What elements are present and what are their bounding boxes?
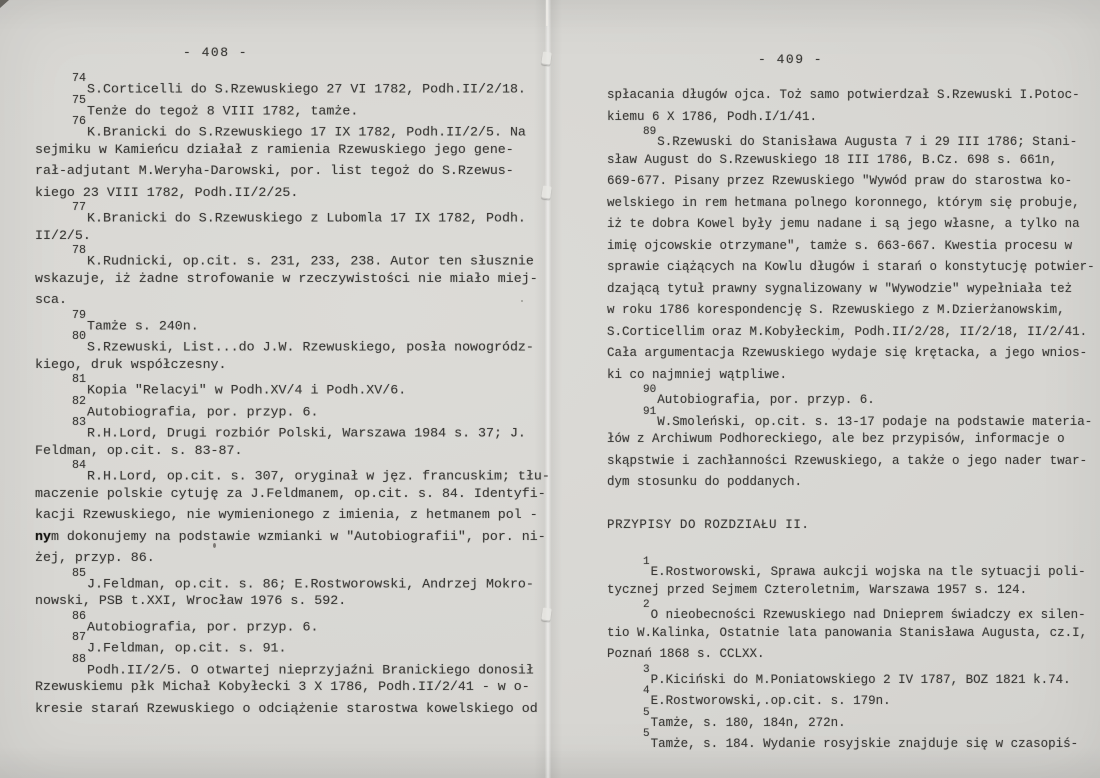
gutter-nick	[541, 607, 552, 621]
text-line: dzającą tytuł prawny sygnalizowany w "Wy…	[607, 279, 1097, 301]
blank-line	[607, 537, 1097, 559]
footnote-marker: 85	[72, 563, 86, 585]
footnote-marker: 74	[72, 68, 86, 90]
footnote-85: 85J.Feldman, op.cit. s. 86; E.Rostworows…	[35, 569, 540, 612]
text-line: welskiego in rem hetmana polnego koronne…	[607, 193, 1097, 215]
text-line: spłacania długów ojca. Toż samo potwierd…	[607, 85, 1097, 107]
text-line: 1E.Rostworowski, Sprawa aukcji wojska na…	[607, 558, 1097, 580]
text-line: 84R.H.Lord, op.cit. s. 307, oryginał w j…	[35, 461, 540, 483]
book-scan: { "colors": { "paper": "#d8d7d3", "ink":…	[0, 0, 1100, 778]
text-line: rał-adjutant M.Weryha-Darowski, por. lis…	[35, 160, 540, 182]
footnote-1: 1E.Rostworowski, Sprawa aukcji wojska na…	[607, 558, 1097, 601]
text-line: 5Tamże, s. 180, 184n, 272n.	[607, 709, 1097, 731]
text-line: łów z Archiwum Podhoreckiego, ale bez pr…	[607, 429, 1097, 451]
footnote-75: 75Tenże do tegoż 8 VIII 1782, tamże.	[35, 96, 540, 118]
footnote-marker: 5	[643, 724, 650, 746]
footnote-marker: 81	[72, 369, 86, 391]
footnote-marker: 84	[72, 455, 86, 477]
text-line: wskazuje, iż żadne strofowanie w rzeczyw…	[35, 268, 540, 290]
text-line: kresie starań Rzewuskiego o odciążenie s…	[35, 698, 540, 720]
text-line: 80S.Rzewuski, List...do J.W. Rzewuskiego…	[35, 332, 540, 354]
gutter-scratch-artifact	[546, 0, 548, 26]
text-line: skąpstwie i zachłanności Rzewuskiego, a …	[607, 451, 1097, 473]
footnote-86: 86Autobiografia, por. przyp. 6.	[35, 612, 540, 634]
text-line: dym stosunku do poddanych.	[607, 472, 1097, 494]
footnote-2: 2O nieobecności Rzewuskiego nad Dnieprem…	[607, 601, 1097, 666]
text-line: 90Autobiografia, por. przyp. 6.	[607, 386, 1097, 408]
gutter-nick	[541, 51, 552, 65]
footnote-88: 88Podh.II/2/5. O otwartej nieprzyjaźni B…	[35, 655, 540, 720]
text-line: 76K.Branicki do S.Rzewuskiego 17 IX 1782…	[35, 117, 540, 139]
text-line: 3P.Kiciński do M.Poniatowskiego 2 IV 178…	[607, 666, 1097, 688]
footnote-81: 81Kopia "Relacyi" w Podh.XV/4 i Podh.XV/…	[35, 375, 540, 397]
footnote-3: 3P.Kiciński do M.Poniatowskiego 2 IV 178…	[607, 666, 1097, 688]
page-number-right: - 409 -	[758, 52, 823, 67]
text-line: sław August do S.Rzewuskiego 18 III 1786…	[607, 150, 1097, 172]
page-number-left: - 408 -	[183, 45, 248, 60]
footnote-marker: 79	[72, 305, 86, 327]
text-line: Poznań 1868 s. CCLXX.	[607, 644, 1097, 666]
text-line: 82Autobiografia, por. przyp. 6.	[35, 397, 540, 419]
text-line: 81Kopia "Relacyi" w Podh.XV/4 i Podh.XV/…	[35, 375, 540, 397]
footnote-89: 89S.Rzewuski do Stanisława Augusta 7 i 2…	[607, 128, 1097, 386]
text-line: 74S.Corticelli do S.Rzewuskiego 27 VI 17…	[35, 74, 540, 96]
text-line: tycznej przed Sejmem Czteroletnim, Warsz…	[607, 580, 1097, 602]
footnote-marker: 80	[72, 326, 86, 348]
footnote-5: 5Tamże, s. 184. Wydanie rosyjskie znajdu…	[607, 730, 1097, 752]
footnote-78: 78K.Rudnicki, op.cit. s. 231, 233, 238. …	[35, 246, 540, 311]
footnote-continuation: spłacania długów ojca. Toż samo potwierd…	[607, 85, 1097, 128]
footnote-marker: 2	[643, 595, 650, 617]
footnote-83: 83R.H.Lord, Drugi rozbiór Polski, Warsza…	[35, 418, 540, 461]
text-line: maczenie polskie cytuję za J.Feldmanem, …	[35, 483, 540, 505]
text-line: kiego 23 VIII 1782, Podh.II/2/25.	[35, 182, 540, 204]
text-line: Rzewuskiemu płk Michał Kobyłecki 3 X 178…	[35, 676, 540, 698]
footnote-marker: 83	[72, 412, 86, 434]
text-line: iż te dobra Kowel były jemu nadane i są …	[607, 214, 1097, 236]
footnote-marker: 89	[643, 122, 656, 144]
footnote-marker: 1	[643, 552, 650, 574]
footnote-marker: 88	[72, 649, 86, 671]
footnote-marker: 76	[72, 111, 86, 133]
footnote-80: 80S.Rzewuski, List...do J.W. Rzewuskiego…	[35, 332, 540, 375]
text-line: II/2/5.	[35, 225, 540, 247]
footnote-90: 90Autobiografia, por. przyp. 6.	[607, 386, 1097, 408]
footnote-marker: 5	[643, 703, 650, 725]
text-line: kiemu 6 X 1786, Podh.I/1/41.	[607, 107, 1097, 129]
footnote-82: 82Autobiografia, por. przyp. 6.	[35, 397, 540, 419]
text-line: kiego, druk współczesny.	[35, 354, 540, 376]
text-line: kacji Rzewuskiego, nie wymienionego z im…	[35, 504, 540, 526]
footnote-marker: 78	[72, 240, 86, 262]
footnote-76: 76K.Branicki do S.Rzewuskiego 17 IX 1782…	[35, 117, 540, 203]
footnote-marker: 77	[72, 197, 86, 219]
text-line: ki co najmniej wątpliwe.	[607, 365, 1097, 387]
text-line: 85J.Feldman, op.cit. s. 86; E.Rostworows…	[35, 569, 540, 591]
text-line: 669-677. Pisany przez Rzewuskiego "Wywód…	[607, 171, 1097, 193]
footnote-marker: 86	[72, 606, 86, 628]
text-line: 89S.Rzewuski do Stanisława Augusta 7 i 2…	[607, 128, 1097, 150]
footnote-marker: 90	[643, 380, 656, 402]
footnote-77: 77K.Branicki do S.Rzewuskiego z Lubomla …	[35, 203, 540, 246]
right-page-text: spłacania długów ojca. Toż samo potwierd…	[607, 85, 1097, 752]
footnote-marker: 4	[643, 681, 650, 703]
gutter-nick	[541, 185, 552, 199]
text-line: 78K.Rudnicki, op.cit. s. 231, 233, 238. …	[35, 246, 540, 268]
text-line: 88Podh.II/2/5. O otwartej nieprzyjaźni B…	[35, 655, 540, 677]
footnote-marker: 75	[72, 90, 86, 112]
text-line: 87J.Feldman, op.cit. s. 91.	[35, 633, 540, 655]
handwritten-correction: ny	[35, 529, 51, 544]
section-heading: PRZYPISY DO ROZDZIAŁU II.	[607, 515, 1097, 537]
footnote-87: 87J.Feldman, op.cit. s. 91.	[35, 633, 540, 655]
text-line: 4E.Rostworowski,.op.cit. s. 179n.	[607, 687, 1097, 709]
footnote-79: 79Tamże s. 240n.	[35, 311, 540, 333]
footnote-4: 4E.Rostworowski,.op.cit. s. 179n.	[607, 687, 1097, 709]
text-line: 5Tamże, s. 184. Wydanie rosyjskie znajdu…	[607, 730, 1097, 752]
text-line: sca.	[35, 289, 540, 311]
text-line: 77K.Branicki do S.Rzewuskiego z Lubomla …	[35, 203, 540, 225]
text-line: Feldman, op.cit. s. 83-87.	[35, 440, 540, 462]
text-line: nym dokonujemy na podstawie wzmianki w "…	[35, 526, 540, 548]
text-line: 86Autobiografia, por. przyp. 6.	[35, 612, 540, 634]
footnote-74: 74S.Corticelli do S.Rzewuskiego 27 VI 17…	[35, 74, 540, 96]
text-line: 83R.H.Lord, Drugi rozbiór Polski, Warsza…	[35, 418, 540, 440]
footnote-5: 5Tamże, s. 180, 184n, 272n.	[607, 709, 1097, 731]
blank-line	[607, 494, 1097, 516]
text-line: w roku 1786 korespondencję S. Rzewuskieg…	[607, 300, 1097, 322]
text-line: sprawie ciążących na Kowlu długów i star…	[607, 257, 1097, 279]
footnote-91: 91W.Smoleński, op.cit. s. 13-17 podaje n…	[607, 408, 1097, 494]
text-line: 75Tenże do tegoż 8 VIII 1782, tamże.	[35, 96, 540, 118]
text-line: żej, przyp. 86.	[35, 547, 540, 569]
footnote-84: 84R.H.Lord, op.cit. s. 307, oryginał w j…	[35, 461, 540, 569]
scan-corner-artifact	[0, 0, 9, 8]
text-line: imię ojcowskie otrzymane", tamże s. 663-…	[607, 236, 1097, 258]
text-line: Cała argumentacja Rzewuskiego wydaje się…	[607, 343, 1097, 365]
footnote-marker: 87	[72, 627, 86, 649]
text-line: sejmiku w Kamieńcu działał z ramienia Rz…	[35, 139, 540, 161]
footnote-marker: 82	[72, 391, 86, 413]
text-line: S.Corticellim oraz M.Kobyłeckim, Podh.II…	[607, 322, 1097, 344]
text-line: nowski, PSB t.XXI, Wrocław 1976 s. 592.	[35, 590, 540, 612]
text-line: 91W.Smoleński, op.cit. s. 13-17 podaje n…	[607, 408, 1097, 430]
left-page-text: 74S.Corticelli do S.Rzewuskiego 27 VI 17…	[35, 74, 540, 719]
text-line: 2O nieobecności Rzewuskiego nad Dnieprem…	[607, 601, 1097, 623]
text-line: 79Tamże s. 240n.	[35, 311, 540, 333]
footnote-marker: 91	[643, 402, 656, 424]
footnote-marker: 3	[643, 660, 650, 682]
text-line: tio W.Kalinka, Ostatnie lata panowania S…	[607, 623, 1097, 645]
